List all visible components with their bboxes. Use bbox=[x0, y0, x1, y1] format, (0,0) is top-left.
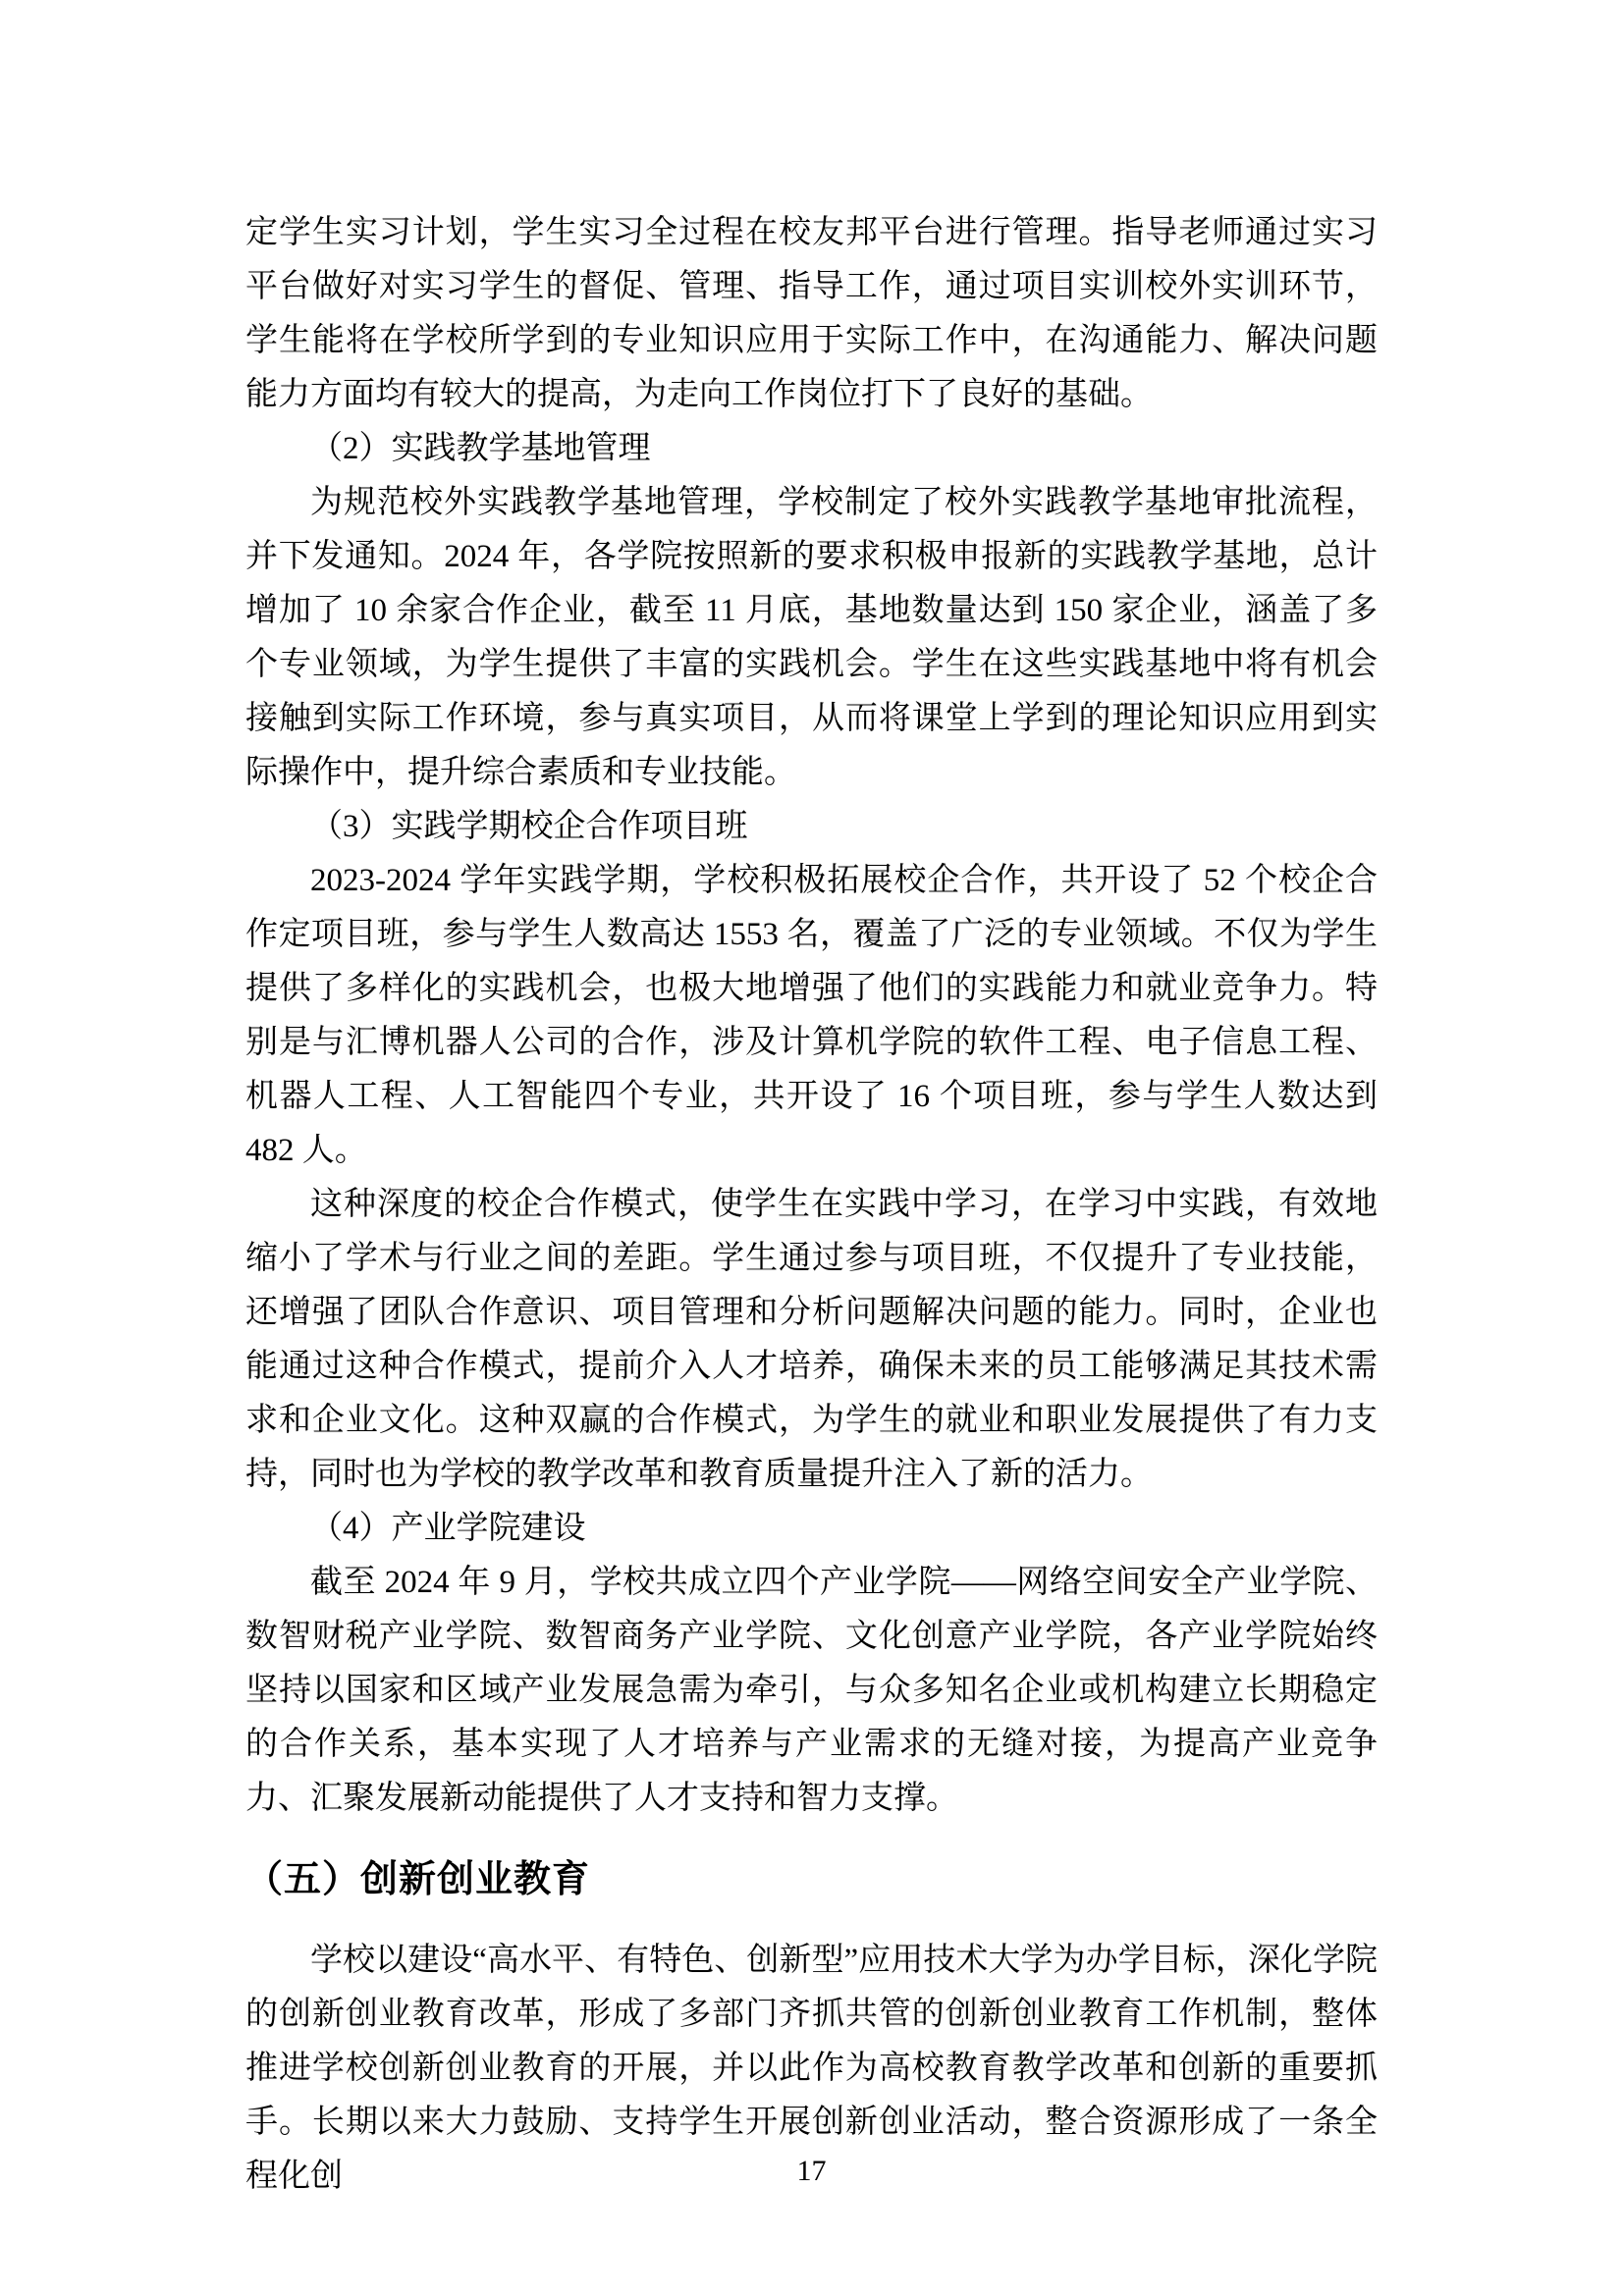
body-paragraph: 截至 2024 年 9 月，学校共成立四个产业学院——网络空间安全产业学院、数智… bbox=[245, 1556, 1378, 1826]
section-heading: （五）创新创业教育 bbox=[245, 1850, 1378, 1909]
document-body: 定学生实习计划，学生实习全过程在校友邦平台进行管理。指导老师通过实习平台做好对实… bbox=[245, 206, 1378, 2204]
subsection-heading: （4）产业学院建设 bbox=[245, 1502, 1378, 1556]
page-number: 17 bbox=[797, 2155, 827, 2187]
subsection-heading: （2）实践教学基地管理 bbox=[245, 422, 1378, 476]
body-paragraph: 为规范校外实践教学基地管理，学校制定了校外实践教学基地审批流程，并下发通知。20… bbox=[245, 476, 1378, 800]
page-footer: 17 bbox=[0, 2152, 1623, 2191]
subsection-heading: （3）实践学期校企合作项目班 bbox=[245, 800, 1378, 854]
body-paragraph: 定学生实习计划，学生实习全过程在校友邦平台进行管理。指导老师通过实习平台做好对实… bbox=[245, 206, 1378, 422]
body-paragraph: 这种深度的校企合作模式，使学生在实践中学习，在学习中实践，有效地缩小了学术与行业… bbox=[245, 1178, 1378, 1502]
body-paragraph: 2023-2024 学年实践学期，学校积极拓展校企合作，共开设了 52 个校企合… bbox=[245, 854, 1378, 1178]
document-page: 定学生实习计划，学生实习全过程在校友邦平台进行管理。指导老师通过实习平台做好对实… bbox=[0, 0, 1623, 2296]
